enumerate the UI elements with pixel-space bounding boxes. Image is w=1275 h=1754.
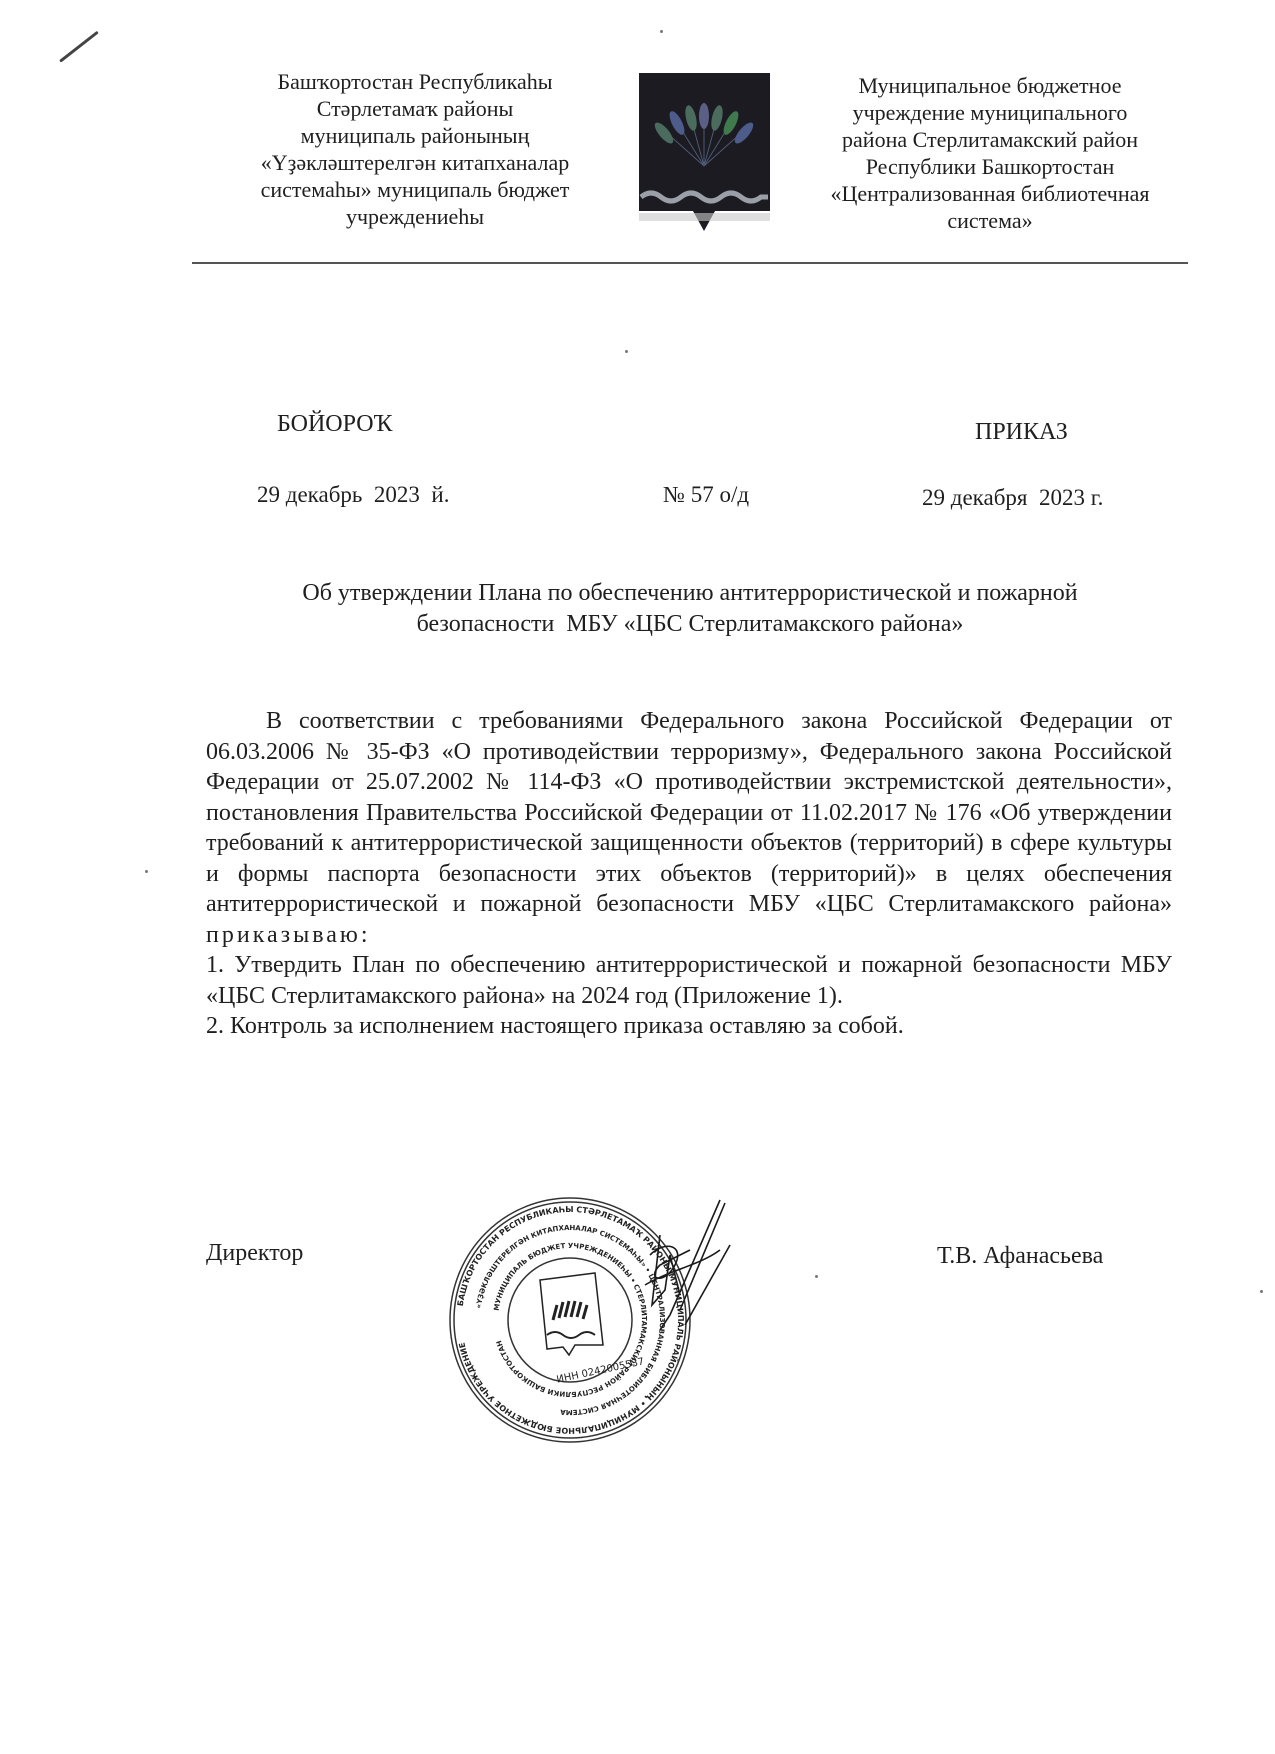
preamble-text: В соответствии с требованиями Федерально… — [206, 708, 1172, 917]
scan-speck — [145, 870, 148, 873]
header-line: системаһы» муниципаль бюджет — [215, 176, 615, 203]
header-line: Башҡортостан Республикаһы — [215, 68, 615, 95]
header-line: Республики Башкортостан — [790, 153, 1190, 180]
order-item-1: 1. Утвердить План по обеспечению антитер… — [206, 950, 1172, 1011]
date-bashkir: 29 декабрь 2023 й. — [257, 482, 449, 508]
order-body: В соответствии с требованиями Федерально… — [206, 706, 1172, 1042]
signatory-position: Директор — [206, 1240, 303, 1267]
header-line: муниципаль районының — [215, 122, 615, 149]
header-line: района Стерлитамакский район — [790, 126, 1190, 153]
scan-speck — [625, 350, 628, 353]
header-line: система» — [790, 207, 1190, 234]
pen-mark — [59, 31, 99, 63]
signatory-name: Т.В. Афанасьева — [937, 1243, 1103, 1270]
subject-line: безопасности МБУ «ЦБС Стерлитамакского р… — [210, 609, 1170, 640]
order-item-2: 2. Контроль за исполнением настоящего пр… — [206, 1011, 1172, 1042]
subject-line: Об утверждении Плана по обеспечению анти… — [210, 578, 1170, 609]
header-divider — [192, 262, 1188, 264]
header-line: «Централизованная библиотечная — [790, 180, 1190, 207]
doc-title-bashkir: БОЙОРОҠ — [277, 411, 392, 438]
header-line: Стәрлетамаҡ районы — [215, 95, 615, 122]
scan-speck — [660, 30, 663, 33]
preamble-paragraph: В соответствии с требованиями Федерально… — [206, 706, 1172, 950]
order-number: № 57 о/д — [663, 482, 749, 508]
header-line: «Үҙәкләштерелгән китапханалар — [215, 149, 615, 176]
coat-of-arms-icon — [637, 71, 772, 236]
order-word: приказываю: — [206, 922, 371, 948]
header-line: учреждение муниципального — [790, 99, 1190, 126]
header-line: Муниципальное бюджетное — [790, 72, 1190, 99]
doc-title-russian: ПРИКАЗ — [975, 419, 1068, 446]
header-line: учреждениеһы — [215, 203, 615, 230]
header-russian-org: Муниципальное бюджетное учреждение муниц… — [790, 72, 1190, 234]
scan-speck — [1260, 1290, 1263, 1293]
scan-speck — [815, 1275, 818, 1278]
handwritten-signature — [590, 1195, 740, 1365]
order-subject: Об утверждении Плана по обеспечению анти… — [210, 578, 1170, 640]
date-russian: 29 декабря 2023 г. — [922, 485, 1103, 511]
header-bashkir-org: Башҡортостан Республикаһы Стәрлетамаҡ ра… — [215, 68, 615, 230]
